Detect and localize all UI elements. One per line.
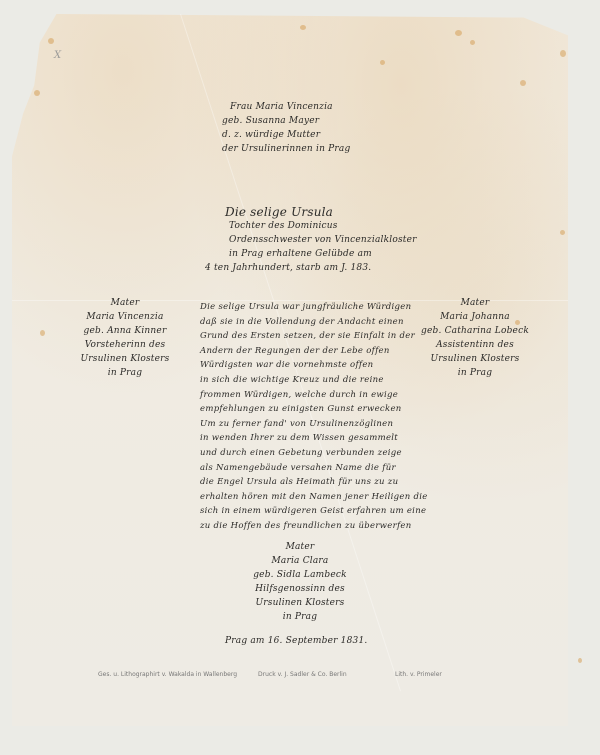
body-line: daß sie in die Vollendung der Andacht ei… [200, 315, 415, 330]
footer-imprint-center: Druck v. J. Sadler & Co. Berlin [258, 671, 347, 678]
foxing-spot [40, 330, 45, 336]
addressee-line: d. z. würdige Mutter [222, 128, 402, 142]
signatory-line: geb. Sidla Lambeck [235, 568, 365, 582]
foxing-spot [48, 38, 54, 44]
right-signatory-block: Mater Maria Johanna geb. Catharina Lobec… [410, 296, 540, 380]
signatory-line: geb. Catharina Lobeck [410, 324, 540, 338]
body-line: als Namengebäude versahen Name die für [200, 461, 415, 476]
deceased-line: Tochter des Dominicus [205, 219, 405, 233]
signatory-line: Mater [60, 296, 190, 310]
body-line: Andern der Regungen der der Lebe offen [200, 344, 415, 359]
dateline-text: Prag am 16. September 1831. [225, 634, 385, 648]
body-line: in wenden Ihrer zu dem Wissen gesammelt [200, 431, 415, 446]
body-line: zu die Hoffen des freundlichen zu überwe… [200, 519, 415, 534]
body-line: Um zu ferner fand' von Ursulinenzöglinen [200, 417, 415, 432]
body-line: frommen Würdigen, welche durch in ewige [200, 388, 415, 403]
body-line: und durch einen Gebetung verbunden zeige [200, 446, 415, 461]
dateline: Prag am 16. September 1831. [225, 634, 385, 648]
addressee-line: Frau Maria Vincenzia [222, 100, 402, 114]
signatory-line: in Prag [410, 366, 540, 380]
body-line: in sich die wichtige Kreuz und die reine [200, 373, 415, 388]
signatory-line: Mater [235, 540, 365, 554]
foxing-spot [455, 30, 462, 36]
signatory-line: geb. Anna Kinner [60, 324, 190, 338]
bottom-signatory-block: Mater Maria Clara geb. Sidla Lambeck Hil… [235, 540, 365, 624]
signatory-line: in Prag [235, 610, 365, 624]
deceased-line: in Prag erhaltene Gelübde am [205, 247, 405, 261]
addressee-line: geb. Susanna Mayer [222, 114, 402, 128]
addressee-block: Frau Maria Vincenzia geb. Susanna Mayer … [222, 100, 402, 156]
signatory-line: Hilfsgenossinn des [235, 582, 365, 596]
body-line: Würdigsten war die vornehmste offen [200, 358, 415, 373]
signatory-line: Assistentinn des [410, 338, 540, 352]
foxing-spot [560, 230, 565, 235]
signatory-line: Ursulinen Klosters [235, 596, 365, 610]
footer-imprint-right: Lith. v. Primeler [395, 671, 442, 678]
deceased-block: Die selige Ursula Tochter des Dominicus … [205, 205, 405, 275]
foxing-spot [470, 40, 475, 45]
foxing-spot [578, 658, 582, 663]
signatory-line: in Prag [60, 366, 190, 380]
margin-mark: X [54, 50, 61, 61]
body-text: Die selige Ursula war jungfräuliche Würd… [200, 300, 415, 534]
signatory-line: Ursulinen Klosters [410, 352, 540, 366]
body-line: erhalten hören mit den Namen jener Heili… [200, 490, 415, 505]
foxing-spot [300, 25, 306, 30]
body-line: die Engel Ursula als Heimath für uns zu … [200, 475, 415, 490]
foxing-spot [380, 60, 385, 65]
signatory-line: Mater [410, 296, 540, 310]
signatory-line: Vorsteherinn des [60, 338, 190, 352]
deceased-name-line: Die selige Ursula [205, 205, 405, 219]
body-line: Die selige Ursula war jungfräuliche Würd… [200, 300, 415, 315]
body-line: Grund des Ersten setzen, der sie Einfalt… [200, 329, 415, 344]
footer-imprint-left: Ges. u. Lithographirt v. Wakalda in Wall… [98, 671, 237, 678]
signatory-line: Maria Johanna [410, 310, 540, 324]
signatory-line: Maria Vincenzia [60, 310, 190, 324]
deceased-line: 4 ten Jahrhundert, starb am J. 183. [205, 261, 405, 275]
body-line: empfehlungen zu einigsten Gunst erwecken [200, 402, 415, 417]
signatory-line: Ursulinen Klosters [60, 352, 190, 366]
foxing-spot [520, 80, 526, 86]
left-signatory-block: Mater Maria Vincenzia geb. Anna Kinner V… [60, 296, 190, 380]
body-line: sich in einem würdigeren Geist erfahren … [200, 504, 415, 519]
signatory-line: Maria Clara [235, 554, 365, 568]
addressee-line: der Ursulinerinnen in Prag [222, 142, 402, 156]
deceased-line: Ordensschwester von Vincenzialkloster [205, 233, 405, 247]
foxing-spot [560, 50, 566, 57]
foxing-spot [34, 90, 40, 96]
